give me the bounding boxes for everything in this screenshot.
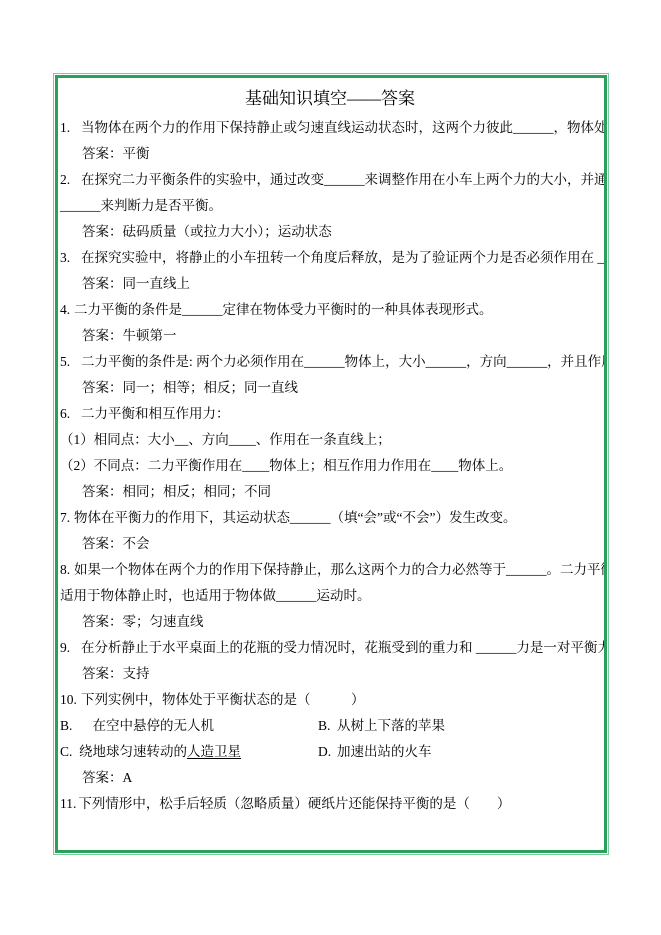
answer-text: 答案：同一直线上 [82,276,190,291]
question-continuation-line: 适用于物体静止时，也适用于物体做______运动时。 [60,583,600,609]
question-text: 下列实例中，物体处于平衡状态的是（ ） [81,692,365,707]
question-line: 10.下列实例中，物体处于平衡状态的是（ ） [60,687,600,713]
option-text: 绕地球匀速转动的 [79,744,187,759]
answer-text: 答案：相同；相反；相同；不同 [82,484,271,499]
question-text: （2）不同点：二力平衡作用在____物体上；相互作用力作用在____物体上。 [60,458,512,473]
answer-line: 答案：牛顿第一 [60,323,600,349]
document-content: 基础知识填空——答案 1.当物体在两个力的作用下保持静止或匀速直线运动状态时，这… [58,78,604,850]
question-text: 二力平衡的条件是: 两个力必须作用在______物体上，大小______，方向_… [81,354,604,369]
question-continuation-line: （1）相同点：大小__、方向____、作用在一条直线上； [60,427,600,453]
answer-line: 答案：零；匀速直线 [60,609,600,635]
answer-line: 答案：平衡 [60,141,600,167]
answer-line: 答案：砝码质量（或拉力大小）；运动状态 [60,219,600,245]
option-label: B. [60,713,74,739]
question-text: 二力平衡和相互作用力： [81,406,230,421]
document-border-frame: 基础知识填空——答案 1.当物体在两个力的作用下保持静止或匀速直线运动状态时，这… [55,75,607,853]
question-number: 6. [60,401,77,427]
option-text: 从树上下落的苹果 [337,718,445,733]
question-line: 9.在分析静止于水平桌面上的花瓶的受力情况时，花瓶受到的重力和 ______力是… [60,635,600,661]
option-text-underlined: 人造卫星 [187,744,241,759]
question-number: 2. [60,167,77,193]
question-text: 当物体在两个力的作用下保持静止或匀速直线运动状态时，这两个力彼此______，物… [81,120,604,135]
option-right: B.从树上下落的苹果 [318,713,445,739]
question-line: 8.如果一个物体在两个力的作用下保持静止，那么这两个力的合力必然等于______… [60,557,600,583]
question-continuation-line: （2）不同点：二力平衡作用在____物体上；相互作用力作用在____物体上。 [60,453,600,479]
question-line: 1.当物体在两个力的作用下保持静止或匀速直线运动状态时，这两个力彼此______… [60,115,600,141]
question-text: 在分析静止于水平桌面上的花瓶的受力情况时，花瓶受到的重力和 ______力是一对… [81,640,604,655]
question-number: 1. [60,115,77,141]
document-title: 基础知识填空——答案 [60,86,600,112]
question-number: 10. [60,687,77,713]
option-right: D.加速出站的火车 [318,739,432,765]
question-text: 在探究二力平衡条件的实验中，通过改变______来调整作用在小车上两个力的大小，… [81,172,604,187]
question-number: 5. [60,349,77,375]
question-number: 4. [60,297,72,323]
question-line: 3.在探究实验中，将静止的小车扭转一个角度后释放，是为了验证两个力是否必须作用在… [60,245,600,271]
question-number: 3. [60,245,77,271]
question-text: 如果一个物体在两个力的作用下保持静止，那么这两个力的合力必然等于______。二… [74,562,604,577]
question-line: 11.下列情形中，松手后轻质（忽略质量）硬纸片还能保持平衡的是（ ） [60,791,600,817]
option-text: 在空中悬停的无人机 [79,718,214,733]
answer-text: 答案：平衡 [82,146,150,161]
question-line: 4.二力平衡的条件是______定律在物体受力平衡时的一种具体表现形式。 [60,297,600,323]
question-text: （1）相同点：大小__、方向____、作用在一条直线上； [60,432,391,447]
question-number: 9. [60,635,77,661]
question-line: 7.物体在平衡力的作用下，其运动状态______（填“会”或“不会”）发生改变。 [60,505,600,531]
answer-line: 答案：相同；相反；相同；不同 [60,479,600,505]
question-number: 8. [60,557,72,583]
answer-text: 答案：A [82,770,132,785]
answer-line: 答案：同一直线上 [60,271,600,297]
question-text: ______来判断力是否平衡。 [60,198,222,213]
answer-text: 答案：砝码质量（或拉力大小）；运动状态 [82,224,332,239]
worksheet-page: 基础知识填空——答案 1.当物体在两个力的作用下保持静止或匀速直线运动状态时，这… [0,0,661,935]
question-line: 6.二力平衡和相互作用力： [60,401,600,427]
options-row: B. 在空中悬停的无人机B.从树上下落的苹果 [60,713,600,739]
question-line: 5.二力平衡的条件是: 两个力必须作用在______物体上，大小______，方… [60,349,600,375]
question-text: 物体在平衡力的作用下，其运动状态______（填“会”或“不会”）发生改变。 [74,510,516,525]
question-number: 7. [60,505,72,531]
question-text: 在探究实验中，将静止的小车扭转一个角度后释放，是为了验证两个力是否必须作用在 _… [81,250,604,265]
option-label: D. [318,739,332,765]
document-body: 1.当物体在两个力的作用下保持静止或匀速直线运动状态时，这两个力彼此______… [60,115,600,817]
question-continuation-line: ______来判断力是否平衡。 [60,193,600,219]
question-number: 11. [60,791,76,817]
answer-text: 答案：牛顿第一 [82,328,177,343]
option-label: B. [318,713,332,739]
question-text: 二力平衡的条件是______定律在物体受力平衡时的一种具体表现形式。 [74,302,493,317]
answer-line: 答案：不会 [60,531,600,557]
answer-line: 答案：支持 [60,661,600,687]
question-line: 2.在探究二力平衡条件的实验中，通过改变______来调整作用在小车上两个力的大… [60,167,600,193]
options-row: C.绕地球匀速转动的人造卫星D.加速出站的火车 [60,739,600,765]
answer-text: 答案：同一；相等；相反；同一直线 [82,380,298,395]
option-label: C. [60,739,74,765]
answer-text: 答案：不会 [82,536,150,551]
question-text: 下列情形中，松手后轻质（忽略质量）硬纸片还能保持平衡的是（ ） [78,796,510,811]
question-text: 适用于物体静止时，也适用于物体做______运动时。 [60,588,371,603]
option-left: B. 在空中悬停的无人机 [60,713,318,739]
answer-text: 答案：零；匀速直线 [82,614,204,629]
answer-line: 答案：A [60,765,600,791]
answer-line: 答案：同一；相等；相反；同一直线 [60,375,600,401]
option-text: 加速出站的火车 [337,744,432,759]
option-left: C.绕地球匀速转动的人造卫星 [60,739,318,765]
answer-text: 答案：支持 [82,666,150,681]
